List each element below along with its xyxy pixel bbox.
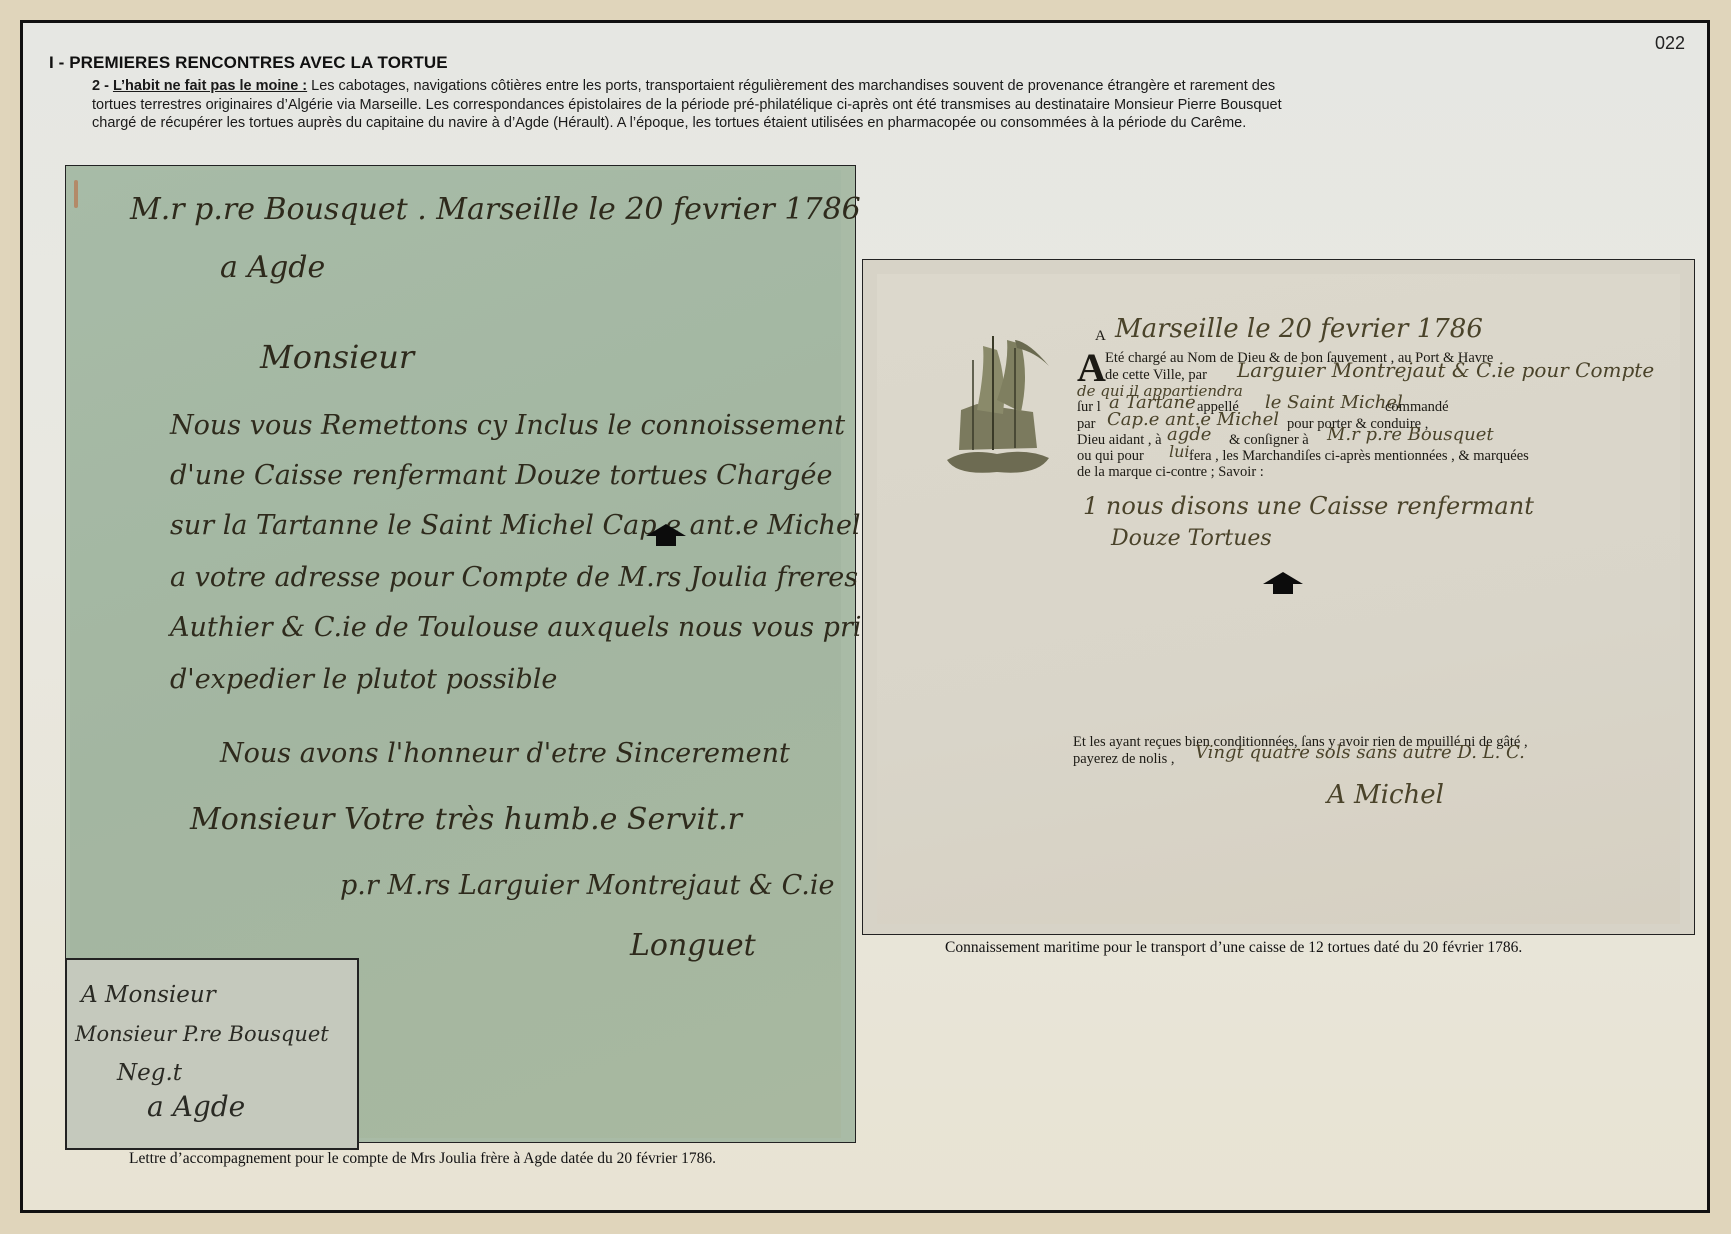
bill-goods-line: Douze Tortues [1111,526,1272,551]
red-stain [74,180,78,208]
letter-line: d'expedier le plutot possible [170,664,557,695]
intro-paragraph: 2 - L’habit ne fait pas le moine : Les c… [92,77,1592,133]
letter-destination: a Agde [220,250,325,285]
bill-caption: Connaissement maritime pour le transport… [945,939,1522,957]
cover-line: A Monsieur [81,982,216,1008]
bill-printed-line: Dieu aidant , à [1077,432,1162,448]
bill-freight: Vingt quatre sols sans autre D. L. C. [1195,742,1525,763]
letter-line: d'une Caisse renfermant Douze tortues Ch… [170,460,832,491]
bill-goods-line: 1 nous disons une Caisse renfermant [1083,492,1534,520]
album-page: 022 I - PREMIERES RENCONTRES AVEC LA TOR… [20,20,1710,1213]
bill-vessel-name: le Saint Michel [1265,392,1403,413]
bill-printed-line: ſur l [1077,399,1101,415]
bill-printed-line: payerez de nolis , [1073,751,1174,767]
up-arrow-marker-icon [646,524,686,546]
bill-paper: A Marseille le 20 fevrier 1786 A Eté cha… [877,274,1680,924]
section-title: I - PREMIERES RENCONTRES AVEC LA TORTUE [49,53,448,73]
intro-line-1: 2 - L’habit ne fait pas le moine : Les c… [92,77,1592,96]
letter-line: a votre adresse pour Compte de M.rs Joul… [170,562,858,593]
intro-line-2: tortues terrestres originaires d’Algérie… [92,96,1592,115]
letter-closing: Nous avons l'honneur d'etre Sincerement [220,738,790,769]
bill-printed-line: commandé [1385,399,1449,415]
bill-printed-line: fera , les Marchandiſes ci-après mention… [1189,448,1529,464]
bill-printed-line: & conſigner à [1229,432,1309,448]
bill-qui: lui [1169,442,1190,461]
cover-line: a Agde [147,1090,245,1123]
bill-printed-line: de cette Ville, par [1105,367,1207,383]
bill-shipper: Larguier Montrejaut & C.ie pour Compte [1237,358,1654,382]
letter-line: Nous vous Remettons cy Inclus le connois… [170,410,845,441]
bill-printed-line: par [1077,416,1096,432]
bill-consignee: M.r p.re Bousquet [1327,424,1494,445]
bill-of-lading-image: A Marseille le 20 fevrier 1786 A Eté cha… [862,259,1695,935]
bill-printed-line: de la marque ci-contre ; Savoir : [1077,464,1264,480]
page-number: 022 [1655,33,1685,54]
cover-inset-image: A Monsieur Monsieur P.re Bousquet Neg.t … [65,958,359,1150]
up-arrow-marker-icon [1263,572,1303,594]
bill-signature: A Michel [1327,780,1444,810]
letter-signatory: p.r M.rs Larguier Montrejaut & C.ie [340,870,834,901]
intro-line-3: chargé de récupérer les tortues auprès d… [92,114,1592,133]
letter-caption: Lettre d’accompagnement pour le compte d… [129,1150,716,1168]
letter-heading: M.r p.re Bousquet . Marseille le 20 fevr… [130,192,861,227]
letter-salutation: Monsieur [260,338,414,376]
bill-printed-line: ou qui pour [1077,448,1144,464]
bill-place-date: Marseille le 20 fevrier 1786 [1115,314,1483,344]
cover-line: Neg.t [117,1060,182,1086]
letter-line: Authier & C.ie de Toulouse auxquels nous… [170,612,909,643]
letter-closing: Monsieur Votre très humb.e Servit.r [190,802,742,837]
letter-line: sur la Tartanne le Saint Michel Cap.e an… [170,510,861,541]
sailing-ship-icon [937,330,1055,480]
intro-lead: 2 - L’habit ne fait pas le moine : [92,78,307,94]
cover-line: Monsieur P.re Bousquet [75,1022,329,1046]
letter-signature: Longuet [630,928,756,963]
bill-place-prefix: A [1095,328,1106,344]
